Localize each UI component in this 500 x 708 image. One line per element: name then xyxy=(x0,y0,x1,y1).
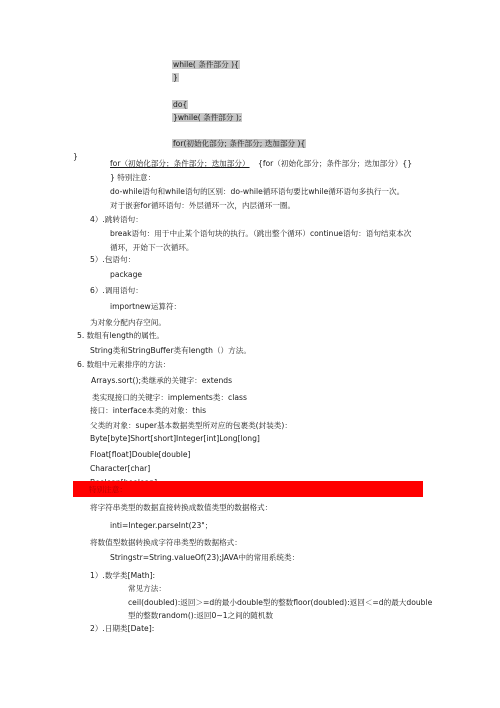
text-span: ceil(doubled):返回＞=d的最小double型的整数floor(do… xyxy=(128,598,432,607)
text-span: String类和StringBuffer类有length（）方法。 xyxy=(90,346,251,355)
text-line: package xyxy=(110,269,142,280)
text-line: Arrays.sort();类继承的关键字：extends xyxy=(91,375,232,386)
text-line: 对于嵌套for循环语句：外层循环一次，内层循环一圈。 xyxy=(110,200,295,211)
text-span: } xyxy=(73,152,78,161)
text-span: Stringstr=String.valueOf(23);JAVA中的常用系统类… xyxy=(110,553,299,562)
text-span: 接口：interface本类的对象：this xyxy=(90,406,206,415)
text-line: 6）.调用语句： xyxy=(90,285,143,296)
text-line: do-while语句和while语句的区别：do-while循环语句要比whil… xyxy=(110,186,404,197)
text-line: importnew运算符： xyxy=(110,301,181,312)
text-line: 6. 数组中元素排序的方法： xyxy=(77,359,170,370)
text-span: 6. 数组中元素排序的方法： xyxy=(77,360,170,369)
text-line: 将数值型数据转换成字符串类型的数据格式： xyxy=(90,537,242,548)
text-span: package xyxy=(110,270,142,279)
text-span: 1）.数学类[Math]: xyxy=(90,571,155,580)
text-line: ceil(doubled):返回＞=d的最小double型的整数floor(do… xyxy=(128,597,432,608)
text-span: 为对象分配内存空间。 xyxy=(90,318,166,327)
text-line: 1）.数学类[Math]: xyxy=(90,570,155,581)
code-highlight: for(初始化部分; 条件部分; 迭加部分 ){ xyxy=(172,139,306,148)
text-span: } 特别注意： xyxy=(110,173,155,182)
text-line: 接口：interface本类的对象：this xyxy=(90,405,206,416)
text-line: } xyxy=(73,151,78,162)
text-line: inti=Integer.parseInt(23"； xyxy=(110,520,212,531)
code-highlight: do{ xyxy=(172,100,188,109)
text-span: Character[char] xyxy=(90,464,150,473)
text-span: 对于嵌套for循环语句：外层循环一次，内层循环一圈。 xyxy=(110,201,295,210)
code-highlight: while( 条件部分 ){ xyxy=(172,60,240,69)
text-span: 父类的对象：super基本数据类型所对应的包裹类(封装类)： xyxy=(90,421,292,430)
text-span: 5. 数组有length的属性。 xyxy=(77,331,164,340)
text-span: for（初始化部分；条件部分；迭加部分） xyxy=(110,159,250,168)
text-line: Stringstr=String.valueOf(23);JAVA中的常用系统类… xyxy=(110,552,299,563)
code-highlight: }while( 条件部分 ); xyxy=(172,113,242,122)
text-span: break语句：用于中止某个语句块的执行。（跳出整个循环）continue语句：… xyxy=(110,229,411,238)
text-line: } xyxy=(172,72,179,83)
text-span: Arrays.sort();类继承的关键字：extends xyxy=(91,376,232,385)
text-line: 型的整数random():返回0~1之间的随机数 xyxy=(128,610,273,621)
text-line: break语句：用于中止某个语句块的执行。（跳出整个循环）continue语句：… xyxy=(110,228,411,239)
text-line: 常见方法： xyxy=(128,583,166,594)
text-line: while( 条件部分 ){ xyxy=(172,59,240,70)
text-line: 4）.跳转语句： xyxy=(90,214,143,225)
text-span: 循环，开始下一次循环。 xyxy=(110,243,194,252)
text-span: 将字符串类型的数据直接转换成数值类型的数据格式： xyxy=(90,503,272,512)
text-span: 常见方法： xyxy=(128,584,166,593)
text-line: 将字符串类型的数据直接转换成数值类型的数据格式： xyxy=(90,502,272,513)
important-note-banner: 特别注意： xyxy=(73,481,423,497)
text-line: } 特别注意： xyxy=(110,172,155,183)
text-line: 父类的对象：super基本数据类型所对应的包裹类(封装类)： xyxy=(90,420,292,431)
text-line: 类实现接口的关键字：implements类：class xyxy=(92,392,247,403)
text-line: 2）.日期类[Date]: xyxy=(90,623,154,634)
text-span: 类实现接口的关键字：implements类：class xyxy=(92,393,247,402)
text-span: 型的整数random():返回0~1之间的随机数 xyxy=(128,611,273,620)
text-line: for(初始化部分; 条件部分; 迭加部分 ){ xyxy=(172,138,306,149)
text-line: do{ xyxy=(172,99,188,110)
text-span: importnew运算符： xyxy=(110,302,181,311)
text-span: 将数值型数据转换成字符串类型的数据格式： xyxy=(90,538,242,547)
text-span: 2）.日期类[Date]: xyxy=(90,624,154,633)
text-line: 5. 数组有length的属性。 xyxy=(77,330,164,341)
text-line: Character[char] xyxy=(90,463,150,474)
text-line: Byte[byte]Short[short]Integer[int]Long[l… xyxy=(90,433,260,444)
text-line: 为对象分配内存空间。 xyxy=(90,317,166,328)
text-span: 6）.调用语句： xyxy=(90,286,143,295)
code-highlight: } xyxy=(172,73,179,82)
text-line: 循环，开始下一次循环。 xyxy=(110,242,194,253)
text-span: Byte[byte]Short[short]Integer[int]Long[l… xyxy=(90,434,260,443)
text-span: {for（初始化部分；条件部分；迭加部分）{} xyxy=(258,159,412,168)
text-span: Float[float]Double[double] xyxy=(90,450,190,459)
text-span: inti=Integer.parseInt(23"； xyxy=(110,521,212,530)
text-line: String类和StringBuffer类有length（）方法。 xyxy=(90,345,251,356)
text-span: do-while语句和while语句的区别：do-while循环语句要比whil… xyxy=(110,187,404,196)
text-line: for（初始化部分；条件部分；迭加部分） xyxy=(110,158,250,169)
text-line: }while( 条件部分 ); xyxy=(172,112,242,123)
text-span: 5）.包语句： xyxy=(90,255,135,264)
text-line: 5）.包语句： xyxy=(90,254,135,265)
text-span: 4）.跳转语句： xyxy=(90,215,143,224)
text-line: Float[float]Double[double] xyxy=(90,449,190,460)
important-note-label: 特别注意： xyxy=(89,484,127,495)
text-line: {for（初始化部分；条件部分；迭加部分）{} xyxy=(258,158,412,169)
